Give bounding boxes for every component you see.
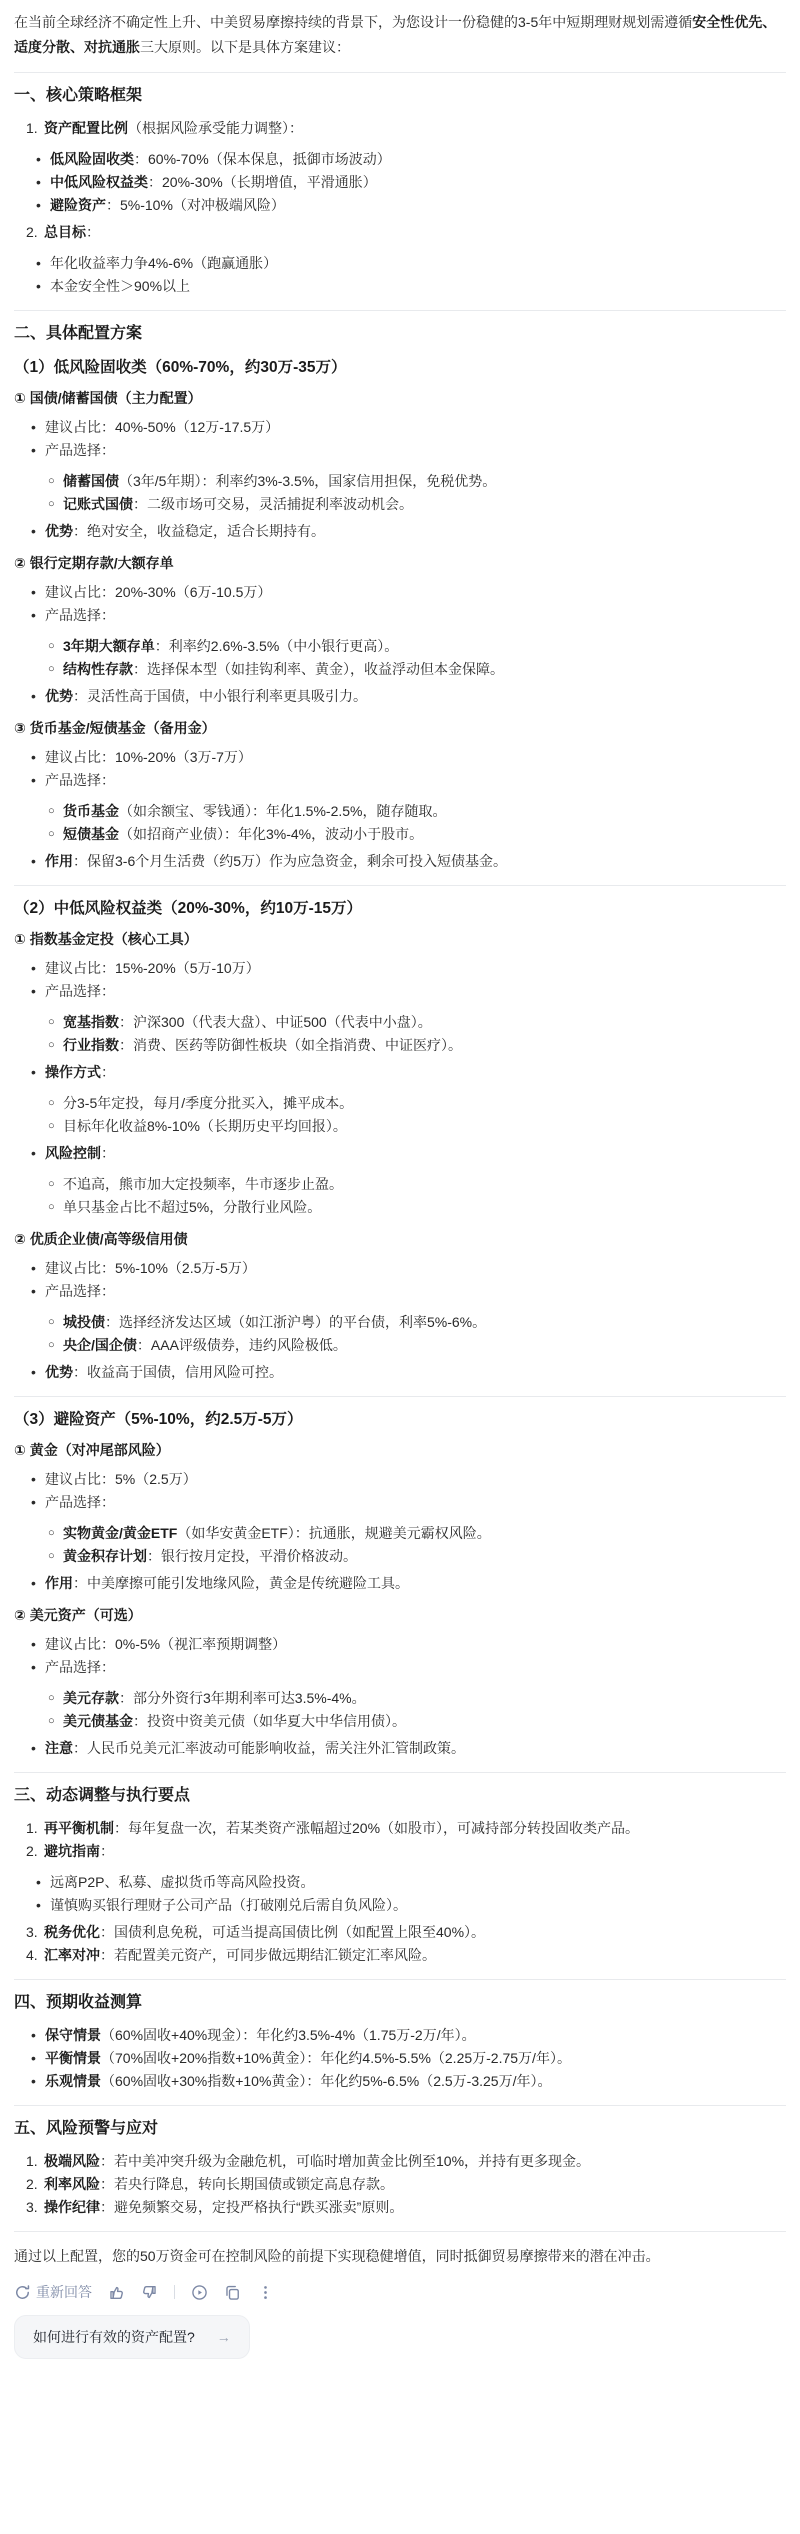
- list-item: •建议占比：15%-20%（5万-10万）: [31, 957, 786, 980]
- list-item-row: •低风险固收类：60%-70%（保本保息，抵御市场波动）: [36, 148, 786, 171]
- bold-text: 作用: [45, 1575, 73, 1591]
- copy-button[interactable]: [224, 2284, 241, 2301]
- arrow-right-icon: →: [217, 2329, 231, 2345]
- list-item: 1.极端风险：若中美冲突升级为金融危机，可临时增加黄金比例至10%，并持有更多现…: [26, 2150, 786, 2173]
- section-heading: 五、风险预警与应对: [14, 2118, 786, 2140]
- item-heading: ① 黄金（对冲尾部风险）: [14, 1440, 786, 1460]
- text: ：国债利息免税，可适当提高国债比例（如配置上限至40%）。: [100, 1924, 485, 1940]
- list-item: ○记账式国债：二级市场可交易，灵活捕捉利率波动机会。: [48, 493, 786, 516]
- number-marker: 3.: [26, 1921, 44, 1944]
- list-item-row: ○储蓄国债（3年/5年期）：利率约3%-3.5%，国家信用担保，免税优势。: [48, 470, 786, 493]
- list-item-text: 本金安全性＞90%以上: [50, 275, 786, 298]
- item-heading: ② 银行定期存款/大额存单: [14, 553, 786, 573]
- bullet-marker: •: [31, 685, 45, 708]
- list-item-row: ○实物黄金/黄金ETF（如华安黄金ETF）：抗通胀，规避美元霸权风险。: [48, 1522, 786, 1545]
- section-divider: [14, 310, 786, 311]
- list-item: 1.再平衡机制：每年复盘一次，若某类资产涨幅超过20%（如股市），可减持部分转投…: [26, 1817, 786, 1840]
- bullet-marker: •: [31, 957, 45, 980]
- play-audio-icon: [191, 2284, 208, 2301]
- bullet-marker: •: [36, 148, 50, 171]
- list-item-row: 3.税务优化：国债利息免税，可适当提高国债比例（如配置上限至40%）。: [26, 1921, 786, 1944]
- bold-text: 利率风险: [44, 2176, 100, 2192]
- section-divider: [14, 1979, 786, 1980]
- bullet-marker: ○: [48, 1334, 63, 1357]
- list-item-text: 优势：灵活性高于国债，中小银行利率更具吸引力。: [45, 685, 786, 708]
- bullet-marker: •: [31, 2024, 45, 2047]
- bold-text: 极端风险: [44, 2153, 100, 2169]
- list-item-row: ○分3-5年定投，每月/季度分批买入，摊平成本。: [48, 1092, 786, 1115]
- list-item: ○短债基金（如招商产业债）：年化3%-4%，波动小于股市。: [48, 823, 786, 846]
- list-item-text: 优势：绝对安全，收益稳定，适合长期持有。: [45, 520, 786, 543]
- list-item-text: 避险资产：5%-10%（对冲极端风险）: [50, 194, 786, 217]
- number-marker: 2.: [26, 221, 44, 244]
- text: ：利率约2.6%-3.5%（中小银行更高）。: [155, 638, 398, 654]
- bullet-marker: •: [31, 769, 45, 792]
- like-button[interactable]: [108, 2284, 125, 2301]
- bold-text: 资产配置比例: [44, 120, 128, 136]
- list-item-text: 产品选择：: [45, 980, 786, 1003]
- bold-text: 短债基金: [63, 826, 119, 842]
- text: （如余额宝、零钱通）：年化1.5%-2.5%，随存随取。: [119, 803, 446, 819]
- list-item-row: •产品选择：: [31, 980, 786, 1003]
- list-item: •注意：人民币兑美元汇率波动可能影响收益，需关注外汇管制政策。: [31, 1737, 786, 1760]
- bold-text: 操作方式: [45, 1064, 101, 1080]
- bullet-marker: •: [31, 439, 45, 462]
- list-item-text: 总目标：: [44, 221, 786, 244]
- list-item-row: •中低风险权益类：20%-30%（长期增值，平滑通胀）: [36, 171, 786, 194]
- list-item: •操作方式：○分3-5年定投，每月/季度分批买入，摊平成本。○目标年化收益8%-…: [31, 1061, 786, 1138]
- list-item-text: 中低风险权益类：20%-30%（长期增值，平滑通胀）: [50, 171, 786, 194]
- list-item-row: ○目标年化收益8%-10%（长期历史平均回报）。: [48, 1115, 786, 1138]
- item-heading: ① 指数基金定投（核心工具）: [14, 929, 786, 949]
- list-item-text: 建议占比：10%-20%（3万-7万）: [45, 746, 786, 769]
- text: ：AAA评级债券，违约风险极低。: [137, 1337, 347, 1353]
- list-item-row: •产品选择：: [31, 769, 786, 792]
- text: ：沪深300（代表大盘）、中证500（代表中小盘）。: [119, 1014, 432, 1030]
- read-aloud-button[interactable]: [191, 2284, 208, 2301]
- list-item: •建议占比：5%-10%（2.5万-5万）: [31, 1257, 786, 1280]
- bullet-marker: ○: [48, 1196, 63, 1219]
- list-item-text: 分3-5年定投，每月/季度分批买入，摊平成本。: [63, 1092, 786, 1115]
- list-item-row: 2.总目标：: [26, 221, 786, 244]
- list-item: ○货币基金（如余额宝、零钱通）：年化1.5%-2.5%，随存随取。: [48, 800, 786, 823]
- text: 产品选择：: [45, 1283, 115, 1299]
- bold-text: 美元债基金: [63, 1713, 133, 1729]
- list-item: ○宽基指数：沪深300（代表大盘）、中证500（代表中小盘）。: [48, 1011, 786, 1034]
- text: 建议占比：40%-50%（12万-17.5万）: [45, 419, 279, 435]
- list-item: •产品选择：○储蓄国债（3年/5年期）：利率约3%-3.5%，国家信用担保，免税…: [31, 439, 786, 516]
- text: 远离P2P、私募、虚拟货币等高风险投资。: [50, 1874, 314, 1890]
- bold-text: 作用: [45, 853, 73, 869]
- list-item-text: 再平衡机制：每年复盘一次，若某类资产涨幅超过20%（如股市），可减持部分转投固收…: [44, 1817, 786, 1840]
- list-item: ○实物黄金/黄金ETF（如华安黄金ETF）：抗通胀，规避美元霸权风险。: [48, 1522, 786, 1545]
- list-item: ○美元债基金：投资中资美元债（如华夏大中华信用债）。: [48, 1710, 786, 1733]
- bullet-marker: •: [31, 1572, 45, 1595]
- list-item: ○储蓄国债（3年/5年期）：利率约3%-3.5%，国家信用担保，免税优势。: [48, 470, 786, 493]
- bullet-marker: ○: [48, 493, 63, 516]
- section-divider: [14, 2105, 786, 2106]
- list-item-text: 美元存款：部分外资行3年期利率可达3.5%-4%。: [63, 1687, 786, 1710]
- bullet-marker: •: [31, 1361, 45, 1384]
- list-item-text: 建议占比：20%-30%（6万-10.5万）: [45, 581, 786, 604]
- text: ：每年复盘一次，若某类资产涨幅超过20%（如股市），可减持部分转投固收类产品。: [114, 1820, 639, 1836]
- list-item-text: 建议占比：5%（2.5万）: [45, 1468, 786, 1491]
- bold-text: 城投债: [63, 1314, 105, 1330]
- list-item-text: 汇率对冲：若配置美元资产，可同步做远期结汇锁定汇率风险。: [44, 1944, 786, 1967]
- list-item-row: 3.操作纪律：避免频繁交易，定投严格执行“跌买涨卖”原则。: [26, 2196, 786, 2219]
- bullet-list: •建议占比：5%-10%（2.5万-5万）•产品选择：○城投债：选择经济发达区域…: [14, 1257, 786, 1384]
- list-item-row: •建议占比：0%-5%（视汇率预期调整）: [31, 1633, 786, 1656]
- text: ：中美摩擦可能引发地缘风险，黄金是传统避险工具。: [73, 1575, 409, 1591]
- bold-text: 央企/国企债: [63, 1337, 137, 1353]
- section-heading: 二、具体配置方案: [14, 323, 786, 345]
- section-divider: [14, 1772, 786, 1773]
- dislike-button[interactable]: [141, 2284, 158, 2301]
- item-heading: ② 优质企业债/高等级信用债: [14, 1229, 786, 1249]
- text: 本金安全性＞90%以上: [50, 278, 190, 294]
- list-item-row: •优势：绝对安全，收益稳定，适合长期持有。: [31, 520, 786, 543]
- list-item-text: 极端风险：若中美冲突升级为金融危机，可临时增加黄金比例至10%，并持有更多现金。: [44, 2150, 786, 2173]
- number-marker: 3.: [26, 2196, 44, 2219]
- bullet-list: ○货币基金（如余额宝、零钱通）：年化1.5%-2.5%，随存随取。○短债基金（如…: [48, 800, 786, 846]
- list-item: 4.汇率对冲：若配置美元资产，可同步做远期结汇锁定汇率风险。: [26, 1944, 786, 1967]
- bold-text: 中低风险权益类: [50, 174, 148, 190]
- item-heading: ① 国债/储蓄国债（主力配置）: [14, 388, 786, 408]
- text: 产品选择：: [45, 1659, 115, 1675]
- list-item: •谨慎购买银行理财子公司产品（打破刚兑后需自负风险）。: [36, 1894, 786, 1917]
- list-item: •中低风险权益类：20%-30%（长期增值，平滑通胀）: [36, 171, 786, 194]
- list-item: 2.利率风险：若央行降息，转向长期国债或锁定高息存款。: [26, 2173, 786, 2196]
- list-item-row: 4.汇率对冲：若配置美元资产，可同步做远期结汇锁定汇率风险。: [26, 1944, 786, 1967]
- bullet-marker: •: [31, 604, 45, 627]
- bullet-marker: •: [31, 746, 45, 769]
- text: 产品选择：: [45, 772, 115, 788]
- list-item-text: 平衡情景（70%固收+20%指数+10%黄金）：年化约4.5%-5.5%（2.2…: [45, 2047, 786, 2070]
- list-item-text: 产品选择：: [45, 604, 786, 627]
- list-item: ○行业指数：消费、医药等防御性板块（如全指消费、中证医疗）。: [48, 1034, 786, 1057]
- text: ：若央行降息，转向长期国债或锁定高息存款。: [100, 2176, 394, 2192]
- list-item-row: •建议占比：10%-20%（3万-7万）: [31, 746, 786, 769]
- list-item-text: 货币基金（如余额宝、零钱通）：年化1.5%-2.5%，随存随取。: [63, 800, 786, 823]
- bullet-marker: •: [31, 1737, 45, 1760]
- thumbs-up-icon: [108, 2284, 125, 2301]
- number-marker: 1.: [26, 1817, 44, 1840]
- text: 产品选择：: [45, 442, 115, 458]
- list-item-row: ○城投债：选择经济发达区域（如江浙沪粤）的平台债，利率5%-6%。: [48, 1311, 786, 1334]
- list-item: •乐观情景（60%固收+30%指数+10%黄金）：年化约5%-6.5%（2.5万…: [31, 2070, 786, 2093]
- bold-text: 记账式国债: [63, 496, 133, 512]
- list-item: 2.总目标：•年化收益率力争4%-6%（跑赢通胀）•本金安全性＞90%以上: [26, 221, 786, 298]
- more-button[interactable]: [257, 2284, 274, 2301]
- text: ：若配置美元资产，可同步做远期结汇锁定汇率风险。: [100, 1947, 436, 1963]
- list-item-row: •作用：保留3-6个月生活费（约5万）作为应急资金，剩余可投入短债基金。: [31, 850, 786, 873]
- bullet-marker: ○: [48, 1522, 63, 1545]
- text: ：保留3-6个月生活费（约5万）作为应急资金，剩余可投入短债基金。: [73, 853, 507, 869]
- list-item: •避险资产：5%-10%（对冲极端风险）: [36, 194, 786, 217]
- list-item-row: •本金安全性＞90%以上: [36, 275, 786, 298]
- bullet-marker: •: [31, 2070, 45, 2093]
- list-item-row: •保守情景（60%固收+40%现金）：年化约3.5%-4%（1.75万-2万/年…: [31, 2024, 786, 2047]
- list-item-text: 3年期大额存单：利率约2.6%-3.5%（中小银行更高）。: [63, 635, 786, 658]
- bullet-marker: ○: [48, 658, 63, 681]
- list-item-row: •优势：灵活性高于国债，中小银行利率更具吸引力。: [31, 685, 786, 708]
- bullet-marker: •: [31, 1280, 45, 1303]
- list-item-text: 低风险固收类：60%-70%（保本保息，抵御市场波动）: [50, 148, 786, 171]
- text: 年化收益率力争4%-6%（跑赢通胀）: [50, 255, 277, 271]
- list-item: ○结构性存款：选择保本型（如挂钩利率、黄金），收益浮动但本金保障。: [48, 658, 786, 681]
- message-action-bar: 重新回答: [14, 2281, 786, 2303]
- list-item-row: •产品选择：: [31, 439, 786, 462]
- list-item-text: 产品选择：: [45, 1491, 786, 1514]
- bullet-marker: ○: [48, 1710, 63, 1733]
- bullet-marker: •: [36, 171, 50, 194]
- list-item-row: ○不追高，熊市加大定投频率，牛市逐步止盈。: [48, 1173, 786, 1196]
- section-divider: [14, 885, 786, 886]
- bullet-marker: •: [36, 275, 50, 298]
- bullet-list: •年化收益率力争4%-6%（跑赢通胀）•本金安全性＞90%以上: [36, 252, 786, 298]
- item-heading: ③ 货币基金/短债基金（备用金）: [14, 718, 786, 738]
- bullet-list: •建议占比：5%（2.5万）•产品选择：○实物黄金/黄金ETF（如华安黄金ETF…: [14, 1468, 786, 1595]
- suggested-question-label: 如何进行有效的资产配置?: [33, 2327, 195, 2347]
- bullet-list: •保守情景（60%固收+40%现金）：年化约3.5%-4%（1.75万-2万/年…: [14, 2024, 786, 2093]
- text: 在当前全球经济不确定性上升、中美贸易摩擦持续的背景下，为您设计一份稳健的3-5年…: [14, 14, 692, 30]
- list-item-row: ○行业指数：消费、医药等防御性板块（如全指消费、中证医疗）。: [48, 1034, 786, 1057]
- bold-text: 宽基指数: [63, 1014, 119, 1030]
- text: （3年/5年期）：利率约3%-3.5%，国家信用担保，免税优势。: [119, 473, 496, 489]
- bullet-marker: ○: [48, 800, 63, 823]
- text: ：: [101, 1064, 115, 1080]
- bullet-marker: ○: [48, 470, 63, 493]
- text: ：: [100, 1843, 114, 1859]
- text: ：绝对安全，收益稳定，适合长期持有。: [73, 523, 325, 539]
- text: 建议占比：10%-20%（3万-7万）: [45, 749, 252, 765]
- list-item-row: ○3年期大额存单：利率约2.6%-3.5%（中小银行更高）。: [48, 635, 786, 658]
- bold-text: 汇率对冲: [44, 1947, 100, 1963]
- bullet-marker: ○: [48, 1011, 63, 1034]
- action-bar-divider: [174, 2285, 175, 2299]
- section-heading: 三、动态调整与执行要点: [14, 1785, 786, 1807]
- text: ：投资中资美元债（如华夏大中华信用债）。: [133, 1713, 406, 1729]
- text: 通过以上配置，您的50万资金可在控制风险的前提下实现稳健增值，同时抵御贸易摩擦带…: [14, 2248, 660, 2264]
- text: 建议占比：15%-20%（5万-10万）: [45, 960, 260, 976]
- list-item-text: 操作方式：: [45, 1061, 786, 1084]
- bullet-marker: •: [31, 581, 45, 604]
- list-item-row: •谨慎购买银行理财子公司产品（打破刚兑后需自负风险）。: [36, 1894, 786, 1917]
- bold-text: 实物黄金/黄金ETF: [63, 1525, 177, 1541]
- list-item: •优势：绝对安全，收益稳定，适合长期持有。: [31, 520, 786, 543]
- text: ：消费、医药等防御性板块（如全指消费、中证医疗）。: [119, 1037, 462, 1053]
- bullet-marker: ○: [48, 1545, 63, 1568]
- list-item: •作用：保留3-6个月生活费（约5万）作为应急资金，剩余可投入短债基金。: [31, 850, 786, 873]
- list-item-row: •平衡情景（70%固收+20%指数+10%黄金）：年化约4.5%-5.5%（2.…: [31, 2047, 786, 2070]
- thumbs-down-icon: [141, 2284, 158, 2301]
- list-item-text: 行业指数：消费、医药等防御性板块（如全指消费、中证医疗）。: [63, 1034, 786, 1057]
- text: ：选择保本型（如挂钩利率、黄金），收益浮动但本金保障。: [133, 661, 504, 677]
- text: ：灵活性高于国债，中小银行利率更具吸引力。: [73, 688, 367, 704]
- list-item-row: •建议占比：15%-20%（5万-10万）: [31, 957, 786, 980]
- bullet-list: ○不追高，熊市加大定投频率，牛市逐步止盈。○单只基金占比不超过5%，分散行业风险…: [48, 1173, 786, 1219]
- list-item-row: •优势：收益高于国债，信用风险可控。: [31, 1361, 786, 1384]
- bullet-marker: •: [31, 850, 45, 873]
- bullet-list: ○储蓄国债（3年/5年期）：利率约3%-3.5%，国家信用担保，免税优势。○记账…: [48, 470, 786, 516]
- list-item: •年化收益率力争4%-6%（跑赢通胀）: [36, 252, 786, 275]
- bold-text: 总目标: [44, 224, 86, 240]
- suggested-question-pill[interactable]: 如何进行有效的资产配置? →: [14, 2315, 250, 2359]
- text: 建议占比：5%（2.5万）: [45, 1471, 197, 1487]
- list-item: •建议占比：0%-5%（视汇率预期调整）: [31, 1633, 786, 1656]
- bullet-marker: •: [36, 252, 50, 275]
- list-item: •建议占比：10%-20%（3万-7万）: [31, 746, 786, 769]
- text: ：人民币兑美元汇率波动可能影响收益，需关注外汇管制政策。: [73, 1740, 465, 1756]
- text: 不追高，熊市加大定投频率，牛市逐步止盈。: [63, 1176, 343, 1192]
- list-item-row: ○货币基金（如余额宝、零钱通）：年化1.5%-2.5%，随存随取。: [48, 800, 786, 823]
- subsection-heading: （2）中低风险权益类（20%-30%，约10万-15万）: [14, 898, 786, 919]
- bullet-list: ○美元存款：部分外资行3年期利率可达3.5%-4%。○美元债基金：投资中资美元债…: [48, 1687, 786, 1733]
- bold-text: 货币基金: [63, 803, 119, 819]
- bullet-marker: ○: [48, 1311, 63, 1334]
- section-heading: 四、预期收益测算: [14, 1992, 786, 2014]
- text: （根据风险承受能力调整）：: [128, 120, 303, 136]
- bullet-list: ○分3-5年定投，每月/季度分批买入，摊平成本。○目标年化收益8%-10%（长期…: [48, 1092, 786, 1138]
- list-item-text: 结构性存款：选择保本型（如挂钩利率、黄金），收益浮动但本金保障。: [63, 658, 786, 681]
- list-item-text: 美元债基金：投资中资美元债（如华夏大中华信用债）。: [63, 1710, 786, 1733]
- bold-text: 优势: [45, 1364, 73, 1380]
- list-item-text: 注意：人民币兑美元汇率波动可能影响收益，需关注外汇管制政策。: [45, 1737, 786, 1760]
- bullet-marker: •: [31, 1257, 45, 1280]
- bullet-marker: •: [31, 1142, 45, 1165]
- list-item-row: ○单只基金占比不超过5%，分散行业风险。: [48, 1196, 786, 1219]
- bullet-list: •建议占比：15%-20%（5万-10万）•产品选择：○宽基指数：沪深300（代…: [14, 957, 786, 1219]
- bold-text: 平衡情景: [45, 2050, 101, 2066]
- bold-text: 3年期大额存单: [63, 638, 155, 654]
- list-item-row: •风险控制：: [31, 1142, 786, 1165]
- list-item-text: 记账式国债：二级市场可交易，灵活捕捉利率波动机会。: [63, 493, 786, 516]
- list-item-row: •乐观情景（60%固收+30%指数+10%黄金）：年化约5%-6.5%（2.5万…: [31, 2070, 786, 2093]
- list-item-row: •远离P2P、私募、虚拟货币等高风险投资。: [36, 1871, 786, 1894]
- text: ：5%-10%（对冲极端风险）: [106, 197, 285, 213]
- bullet-marker: •: [36, 1871, 50, 1894]
- list-item-text: 操作纪律：避免频繁交易，定投严格执行“跌买涨卖”原则。: [44, 2196, 786, 2219]
- section-divider: [14, 72, 786, 73]
- text: 谨慎购买银行理财子公司产品（打破刚兑后需自负风险）。: [50, 1897, 407, 1913]
- list-item-row: 2.避坑指南：: [26, 1840, 786, 1863]
- bullet-list: •远离P2P、私募、虚拟货币等高风险投资。•谨慎购买银行理财子公司产品（打破刚兑…: [36, 1871, 786, 1917]
- list-item-text: 产品选择：: [45, 769, 786, 792]
- bullet-marker: •: [36, 194, 50, 217]
- number-marker: 1.: [26, 117, 44, 140]
- bullet-marker: •: [31, 1061, 45, 1084]
- bullet-list: •建议占比：10%-20%（3万-7万）•产品选择：○货币基金（如余额宝、零钱通…: [14, 746, 786, 873]
- number-marker: 2.: [26, 2173, 44, 2196]
- number-marker: 4.: [26, 1944, 44, 1967]
- list-item-text: 建议占比：0%-5%（视汇率预期调整）: [45, 1633, 786, 1656]
- text: （如招商产业债）：年化3%-4%，波动小于股市。: [119, 826, 423, 842]
- text: （60%固收+40%现金）：年化约3.5%-4%（1.75万-2万/年）。: [101, 2027, 476, 2043]
- list-item: ○3年期大额存单：利率约2.6%-3.5%（中小银行更高）。: [48, 635, 786, 658]
- bullet-marker: ○: [48, 1115, 63, 1138]
- text: ：选择经济发达区域（如江浙沪粤）的平台债，利率5%-6%。: [105, 1314, 486, 1330]
- refresh-icon: [14, 2284, 31, 2301]
- section-divider: [14, 2231, 786, 2232]
- list-item: •产品选择：○城投债：选择经济发达区域（如江浙沪粤）的平台债，利率5%-6%。○…: [31, 1280, 786, 1357]
- list-item: ○目标年化收益8%-10%（长期历史平均回报）。: [48, 1115, 786, 1138]
- list-item-row: ○记账式国债：二级市场可交易，灵活捕捉利率波动机会。: [48, 493, 786, 516]
- list-item: •保守情景（60%固收+40%现金）：年化约3.5%-4%（1.75万-2万/年…: [31, 2024, 786, 2047]
- text: （60%固收+30%指数+10%黄金）：年化约5%-6.5%（2.5万-3.25…: [101, 2073, 551, 2089]
- bold-text: 税务优化: [44, 1924, 100, 1940]
- list-item: •建议占比：20%-30%（6万-10.5万）: [31, 581, 786, 604]
- list-item-text: 城投债：选择经济发达区域（如江浙沪粤）的平台债，利率5%-6%。: [63, 1311, 786, 1334]
- list-item-text: 作用：保留3-6个月生活费（约5万）作为应急资金，剩余可投入短债基金。: [45, 850, 786, 873]
- list-item-text: 利率风险：若央行降息，转向长期国债或锁定高息存款。: [44, 2173, 786, 2196]
- list-item: ○城投债：选择经济发达区域（如江浙沪粤）的平台债，利率5%-6%。: [48, 1311, 786, 1334]
- text: ：20%-30%（长期增值，平滑通胀）: [148, 174, 377, 190]
- text: 产品选择：: [45, 607, 115, 623]
- list-item-text: 乐观情景（60%固收+30%指数+10%黄金）：年化约5%-6.5%（2.5万-…: [45, 2070, 786, 2093]
- list-item: ○分3-5年定投，每月/季度分批买入，摊平成本。: [48, 1092, 786, 1115]
- response-document: 在当前全球经济不确定性上升、中美贸易摩擦持续的背景下，为您设计一份稳健的3-5年…: [14, 10, 786, 2269]
- list-item-row: ○宽基指数：沪深300（代表大盘）、中证500（代表中小盘）。: [48, 1011, 786, 1034]
- bold-text: 优势: [45, 688, 73, 704]
- bold-text: 保守情景: [45, 2027, 101, 2043]
- list-item-row: •年化收益率力争4%-6%（跑赢通胀）: [36, 252, 786, 275]
- list-item-row: •避险资产：5%-10%（对冲极端风险）: [36, 194, 786, 217]
- bullet-list: ○3年期大额存单：利率约2.6%-3.5%（中小银行更高）。○结构性存款：选择保…: [48, 635, 786, 681]
- list-item: •本金安全性＞90%以上: [36, 275, 786, 298]
- list-item-text: 优势：收益高于国债，信用风险可控。: [45, 1361, 786, 1384]
- bullet-list: •建议占比：20%-30%（6万-10.5万）•产品选择：○3年期大额存单：利率…: [14, 581, 786, 708]
- bold-text: 注意: [45, 1740, 73, 1756]
- list-item: •产品选择：○3年期大额存单：利率约2.6%-3.5%（中小银行更高）。○结构性…: [31, 604, 786, 681]
- list-item-row: •产品选择：: [31, 1656, 786, 1679]
- text: 单只基金占比不超过5%，分散行业风险。: [63, 1199, 321, 1215]
- list-item-row: •建议占比：40%-50%（12万-17.5万）: [31, 416, 786, 439]
- bullet-list: ○宽基指数：沪深300（代表大盘）、中证500（代表中小盘）。○行业指数：消费、…: [48, 1011, 786, 1057]
- list-item-text: 建议占比：5%-10%（2.5万-5万）: [45, 1257, 786, 1280]
- text: 建议占比：0%-5%（视汇率预期调整）: [45, 1636, 286, 1652]
- list-item-text: 税务优化：国债利息免税，可适当提高国债比例（如配置上限至40%）。: [44, 1921, 786, 1944]
- text: ：银行按月定投，平滑价格波动。: [147, 1548, 357, 1564]
- list-item-row: •操作方式：: [31, 1061, 786, 1084]
- list-item-text: 产品选择：: [45, 1656, 786, 1679]
- list-item-text: 储蓄国债（3年/5年期）：利率约3%-3.5%，国家信用担保，免税优势。: [63, 470, 786, 493]
- bullet-list: •低风险固收类：60%-70%（保本保息，抵御市场波动）•中低风险权益类：20%…: [36, 148, 786, 217]
- list-item: 3.税务优化：国债利息免税，可适当提高国债比例（如配置上限至40%）。: [26, 1921, 786, 1944]
- list-item: ○黄金积存计划：银行按月定投，平滑价格波动。: [48, 1545, 786, 1568]
- text: 产品选择：: [45, 1494, 115, 1510]
- bold-text: 避坑指南: [44, 1843, 100, 1859]
- bullet-marker: •: [31, 1491, 45, 1514]
- section-heading: 一、核心策略框架: [14, 85, 786, 107]
- text: 三大原则。以下是具体方案建议：: [140, 39, 350, 55]
- numbered-list: 1.资产配置比例（根据风险承受能力调整）：•低风险固收类：60%-70%（保本保…: [14, 117, 786, 298]
- list-item-text: 谨慎购买银行理财子公司产品（打破刚兑后需自负风险）。: [50, 1894, 786, 1917]
- assistant-message: 在当前全球经济不确定性上升、中美贸易摩擦持续的背景下，为您设计一份稳健的3-5年…: [0, 0, 800, 2367]
- list-item-text: 保守情景（60%固收+40%现金）：年化约3.5%-4%（1.75万-2万/年）…: [45, 2024, 786, 2047]
- text: 产品选择：: [45, 983, 115, 999]
- regenerate-button[interactable]: 重新回答: [14, 2282, 92, 2302]
- numbered-list: 1.极端风险：若中美冲突升级为金融危机，可临时增加黄金比例至10%，并持有更多现…: [14, 2150, 786, 2219]
- paragraph: 通过以上配置，您的50万资金可在控制风险的前提下实现稳健增值，同时抵御贸易摩擦带…: [14, 2244, 786, 2269]
- regenerate-label: 重新回答: [36, 2282, 92, 2302]
- bold-text: 避险资产: [50, 197, 106, 213]
- list-item-text: 风险控制：: [45, 1142, 786, 1165]
- more-icon: [257, 2284, 274, 2301]
- bold-text: 美元存款: [63, 1690, 119, 1706]
- list-item-row: •产品选择：: [31, 604, 786, 627]
- list-item-row: •产品选择：: [31, 1491, 786, 1514]
- text: ：避免频繁交易，定投严格执行“跌买涨卖”原则。: [100, 2199, 403, 2215]
